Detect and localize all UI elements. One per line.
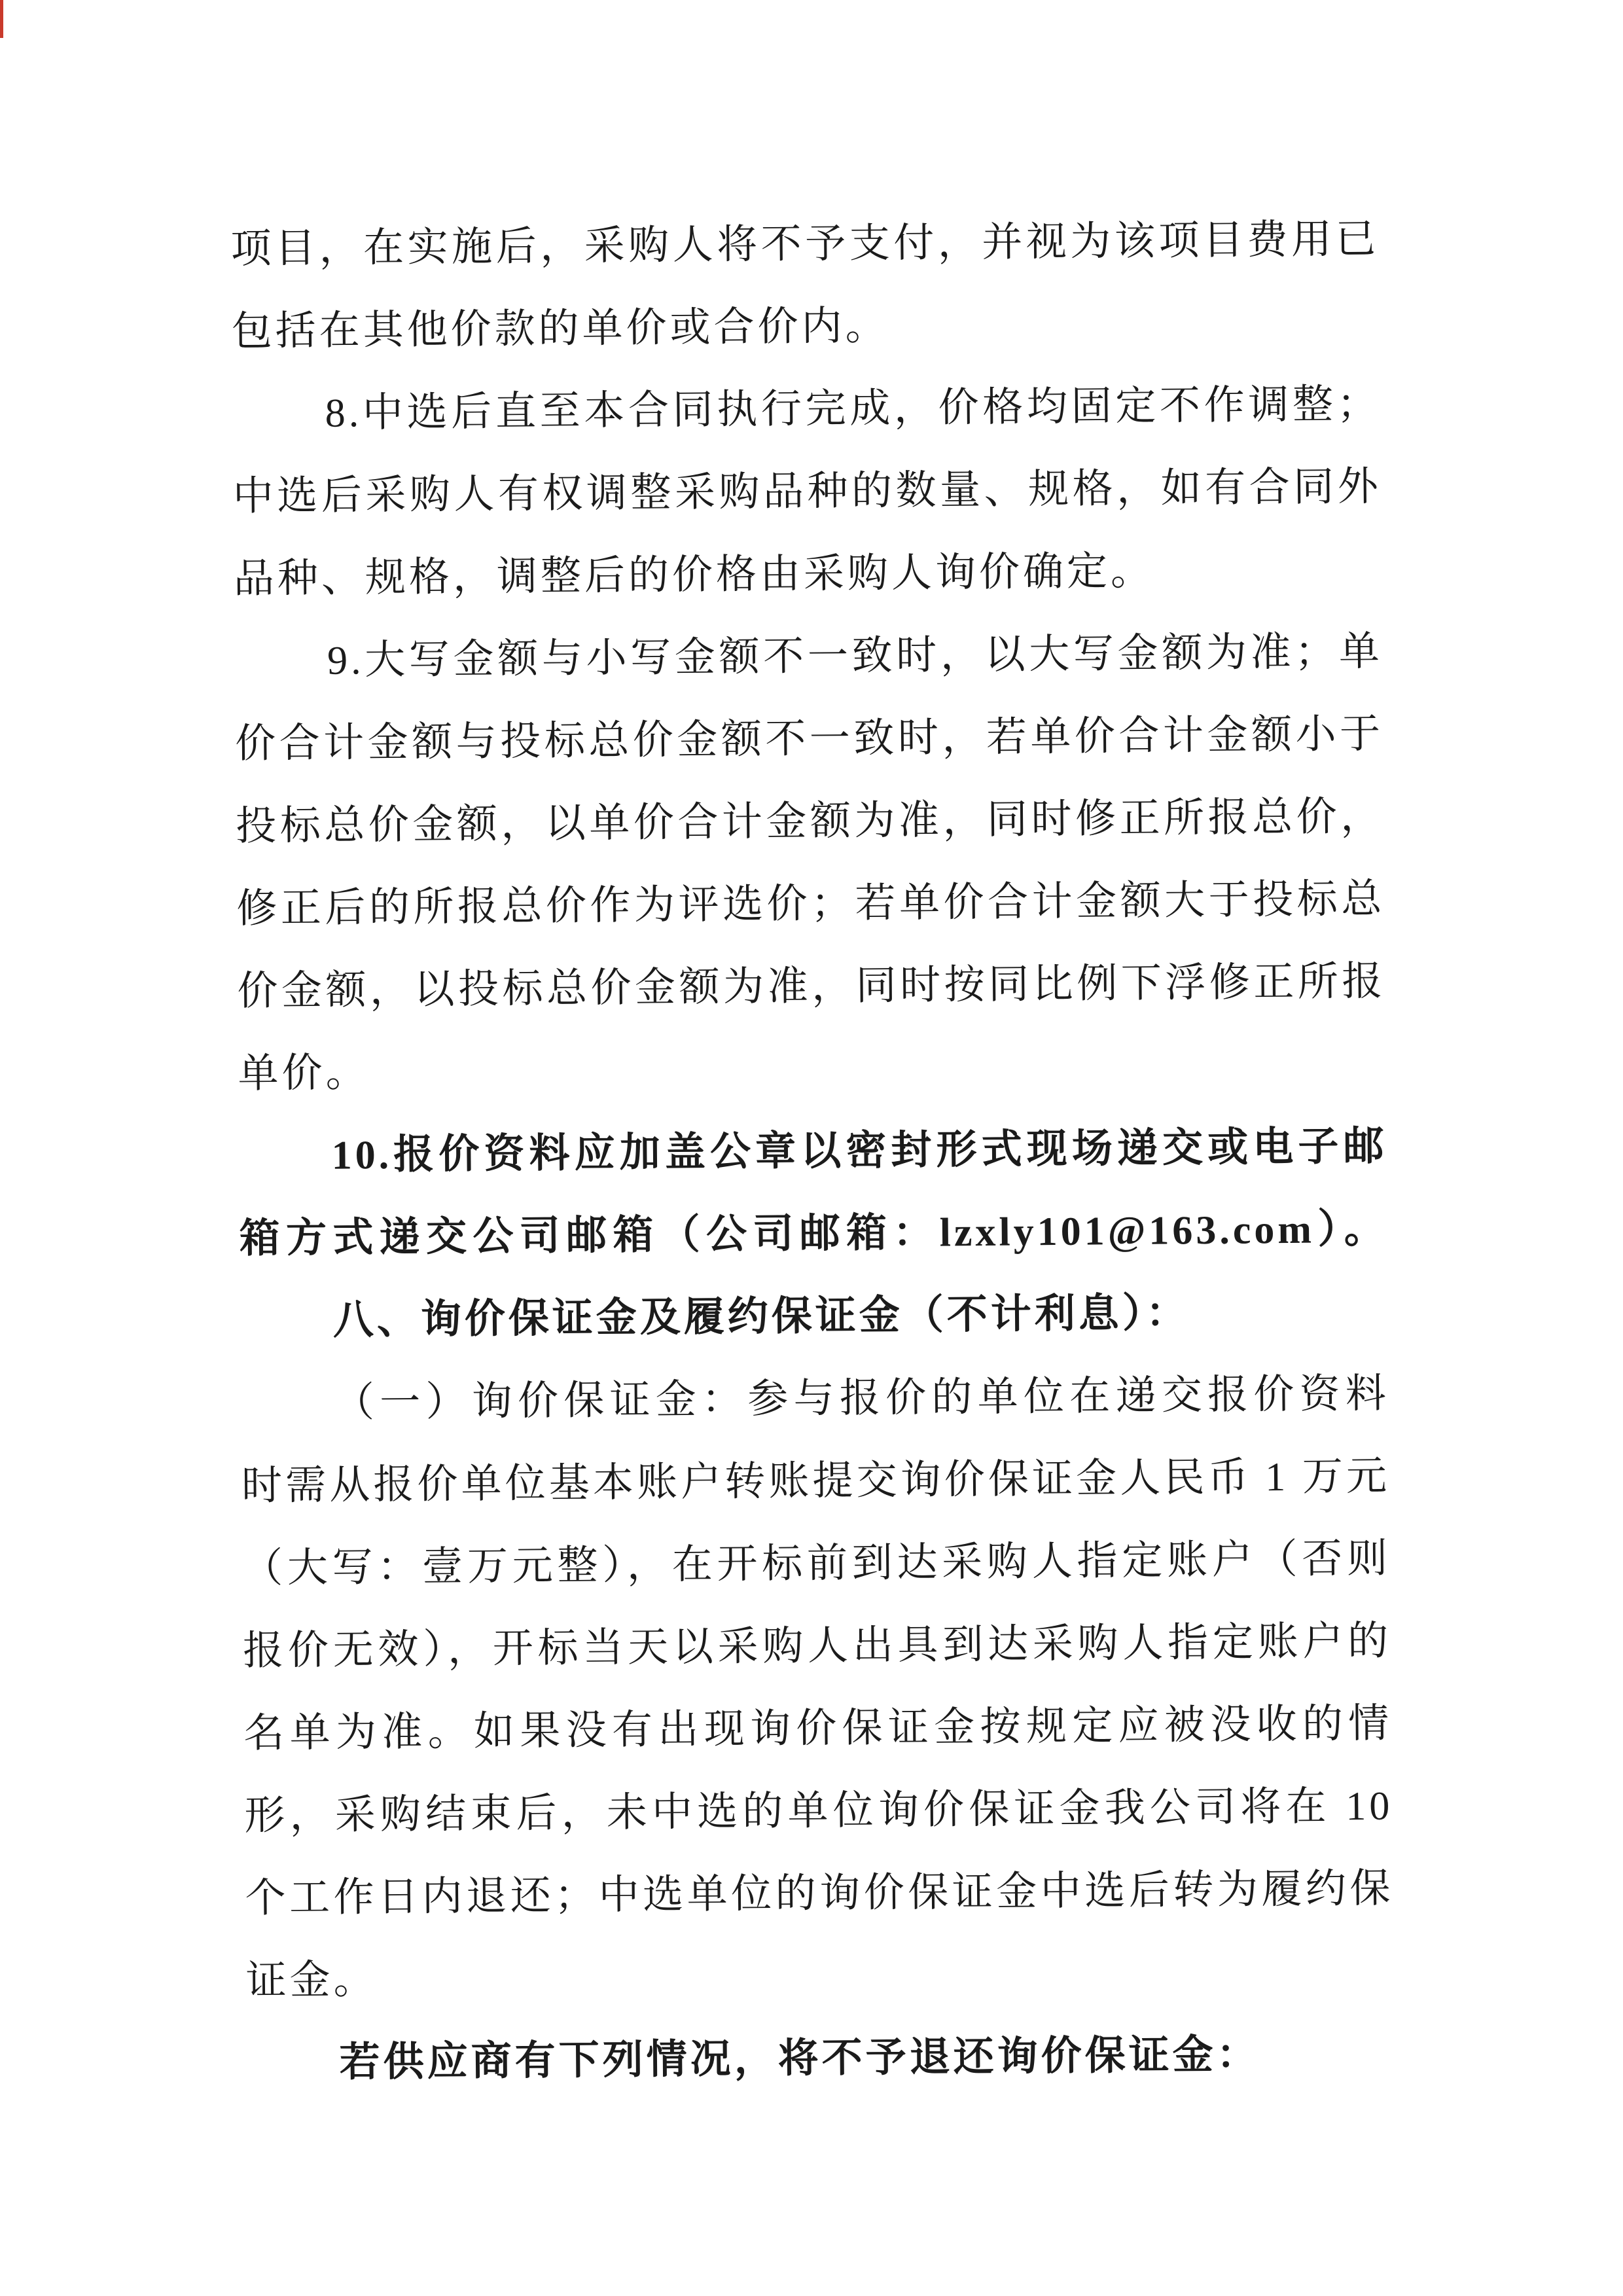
text-line: 时需从报价单位基本账户转账提交询价保证金人民币 1 万元 — [241, 1435, 1390, 1528]
text-line-bold: 若供应商有下列情况，将不予退还询价保证金： — [246, 2013, 1395, 2105]
text-line-bold-email: 箱方式递交公司邮箱（公司邮箱：lzxly101@163.com）。 — [239, 1188, 1388, 1280]
text-line: 修正后的所报总价作为评选价；若单价合计金额大于投标总 — [236, 858, 1385, 950]
text-line: 形，采购结束后，未中选的单位询价保证金我公司将在 10 — [244, 1765, 1393, 1857]
text-line: 价金额，以投标总价金额为准，同时按同比例下浮修正所报 — [237, 941, 1386, 1033]
text-line: 项目，在实施后，采购人将不予支付，并视为该项目费用已 — [230, 198, 1380, 291]
text-line: 投标总价金额，以单价合计金额为准，同时修正所报总价， — [236, 776, 1385, 868]
text-line: （一）询价保证金：参与报价的单位在递交报价资料 — [240, 1353, 1389, 1445]
section-heading: 八、询价保证金及履约保证金（不计利息）： — [240, 1270, 1389, 1363]
scan-edge-artifact — [0, 0, 3, 38]
text-line: 证金。 — [245, 1930, 1395, 2022]
text-line: 8.中选后直至本合同执行完成，价格均固定不作调整； — [232, 363, 1381, 456]
text-line: 包括在其他价款的单价或合价内。 — [231, 281, 1380, 373]
text-line: 9.大写金额与小写金额不一致时，以大写金额为准；单 — [234, 611, 1383, 703]
text-line: 中选后采购人有权调整采购品种的数量、规格，如有合同外 — [232, 446, 1382, 538]
text-line: （大写：壹万元整），在开标前到达采购人指定账户（否则 — [242, 1518, 1391, 1610]
text-line: 报价无效），开标当天以采购人出具到达采购人指定账户的 — [243, 1600, 1392, 1693]
text-line: 名单为准。如果没有出现询价保证金按规定应被没收的情 — [243, 1683, 1393, 1775]
text-line: 品种、规格，调整后的价格由采购人询价确定。 — [233, 528, 1382, 620]
text-line-bold: 10.报价资料应加盖公章以密封形式现场递交或电子邮 — [238, 1105, 1387, 1198]
text-line: 个工作日内退还；中选单位的询价保证金中选后转为履约保 — [245, 1848, 1394, 1940]
document-text-block: 项目，在实施后，采购人将不予支付，并视为该项目费用已 包括在其他价款的单价或合价… — [230, 198, 1395, 2105]
scanned-document-page: 项目，在实施后，采购人将不予支付，并视为该项目费用已 包括在其他价款的单价或合价… — [0, 0, 1623, 2296]
text-line: 价合计金额与投标总价金额不一致时，若单价合计金额小于 — [235, 693, 1384, 785]
text-line: 单价。 — [238, 1023, 1387, 1115]
